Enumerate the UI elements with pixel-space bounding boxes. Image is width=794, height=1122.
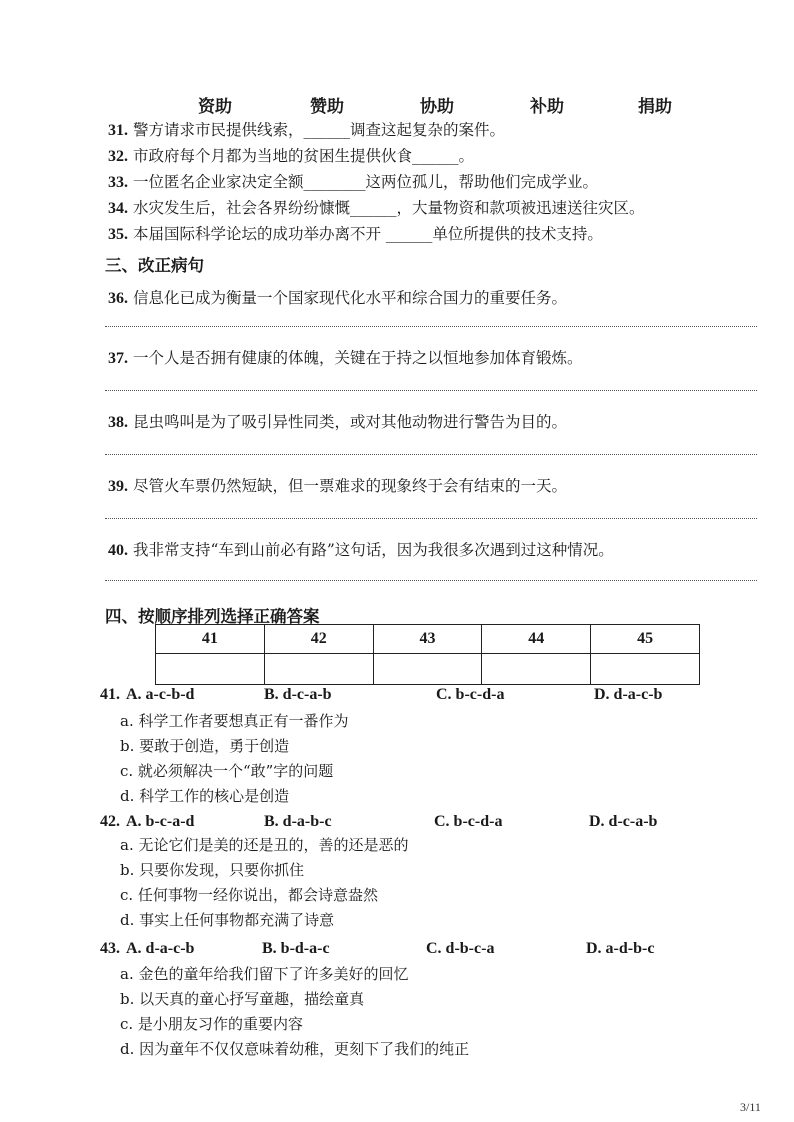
sentence-item: a. 科学工作者要想真正有一番作为: [120, 710, 348, 731]
question-text: 一个人是否拥有健康的体魄，关键在于持之以恒地参加体育锻炼。: [133, 349, 583, 367]
answer-table-header-cell: 45: [591, 625, 700, 654]
answer-table-header-cell: 43: [373, 625, 482, 654]
option-d[interactable]: D. d-a-c-b: [594, 686, 662, 704]
question-text: 警方请求市民提供线索，______调查这起复杂的案件。: [133, 121, 505, 139]
sentence-item: c. 是小朋友习作的重要内容: [120, 1013, 303, 1034]
question-number: 40.: [108, 542, 128, 559]
answer-line-39[interactable]: [105, 518, 757, 519]
question-text: 尽管火车票仍然短缺，但一票难求的现象终于会有结束的一天。: [133, 477, 567, 495]
sentence-item: c. 就必须解决一个“敢”字的问题: [120, 760, 333, 781]
option-d[interactable]: D. a-d-b-c: [586, 940, 654, 958]
question-number: 35.: [108, 226, 128, 243]
answer-table-header-cell: 41: [156, 625, 265, 654]
question-text: 一位匿名企业家决定全额________这两位孤儿，帮助他们完成学业。: [133, 173, 598, 191]
sentence-item: c. 任何事物一经你说出，都会诗意盎然: [120, 884, 378, 905]
option-b[interactable]: B. d-a-b-c: [264, 813, 332, 831]
question-41-options: 41. A. a-c-b-d B. d-c-a-b C. b-c-d-a D. …: [100, 686, 740, 708]
answer-table-header-cell: 42: [264, 625, 373, 654]
answer-line-37[interactable]: [105, 390, 757, 391]
question-33: 33. 一位匿名企业家决定全额________这两位孤儿，帮助他们完成学业。: [108, 170, 598, 192]
sentence-item: b. 要敢于创造，勇于创造: [120, 735, 289, 756]
question-text: 本届国际科学论坛的成功举办离不开 ______单位所提供的技术支持。: [133, 225, 603, 243]
option-c[interactable]: C. b-c-d-a: [436, 686, 504, 704]
option-c[interactable]: C. d-b-c-a: [426, 940, 494, 958]
answer-line-36[interactable]: [105, 326, 757, 327]
option-a[interactable]: A. d-a-c-b: [126, 940, 194, 958]
answer-cell-45[interactable]: [591, 654, 700, 685]
question-number: 31.: [108, 122, 128, 139]
question-text: 我非常支持“车到山前必有路”这句话，因为我很多次遇到过这种情况。: [133, 541, 614, 559]
answer-table-header: 41 42 43 44 45: [156, 625, 700, 654]
word-bank-item: 捐助: [638, 92, 672, 117]
question-number: 41.: [100, 686, 120, 704]
question-text: 昆虫鸣叫是为了吸引异性同类，或对其他动物进行警告为目的。: [133, 413, 567, 431]
question-number: 34.: [108, 200, 128, 217]
answer-cell-44[interactable]: [482, 654, 591, 685]
question-number: 37.: [108, 350, 128, 367]
option-a[interactable]: A. b-c-a-d: [126, 813, 194, 831]
question-text: 水灾发生后，社会各界纷纷慷慨______，大量物资和款项被迅速送往灾区。: [133, 199, 645, 217]
question-38: 38. 昆虫鸣叫是为了吸引异性同类，或对其他动物进行警告为目的。: [108, 410, 567, 432]
question-39: 39. 尽管火车票仍然短缺，但一票难求的现象终于会有结束的一天。: [108, 474, 567, 496]
page-number: 3/11: [740, 1100, 761, 1115]
question-43-options: 43. A. d-a-c-b B. b-d-a-c C. d-b-c-a D. …: [100, 940, 740, 962]
answer-cell-42[interactable]: [264, 654, 373, 685]
word-bank-item: 资助: [198, 92, 232, 117]
sentence-item: a. 金色的童年给我们留下了许多美好的回忆: [120, 963, 408, 984]
question-number: 43.: [100, 940, 120, 958]
option-d[interactable]: D. d-c-a-b: [589, 813, 657, 831]
option-c[interactable]: C. b-c-d-a: [434, 813, 502, 831]
word-bank-item: 补助: [530, 92, 564, 117]
sentence-item: a. 无论它们是美的还是丑的，善的还是恶的: [120, 834, 408, 855]
word-bank-item: 协助: [420, 92, 454, 117]
answer-cell-43[interactable]: [373, 654, 482, 685]
answer-line-40[interactable]: [105, 580, 757, 581]
question-37: 37. 一个人是否拥有健康的体魄，关键在于持之以恒地参加体育锻炼。: [108, 346, 582, 368]
answer-table-row: [156, 654, 700, 685]
sentence-item: d. 因为童年不仅仅意味着幼稚，更刻下了我们的纯正: [120, 1038, 469, 1059]
question-40: 40. 我非常支持“车到山前必有路”这句话，因为我很多次遇到过这种情况。: [108, 538, 614, 560]
question-number: 42.: [100, 813, 120, 831]
question-36: 36. 信息化已成为衡量一个国家现代化水平和综合国力的重要任务。: [108, 286, 567, 308]
word-bank: 资助 赞助 协助 补助 捐助: [0, 92, 794, 116]
sentence-item: b. 只要你发现，只要你抓住: [120, 859, 304, 880]
answer-table: 41 42 43 44 45: [155, 624, 700, 685]
option-a[interactable]: A. a-c-b-d: [126, 686, 194, 704]
question-34: 34. 水灾发生后，社会各界纷纷慷慨______，大量物资和款项被迅速送往灾区。: [108, 196, 644, 218]
question-32: 32. 市政府每个月都为当地的贫困生提供伙食______。: [108, 144, 474, 166]
question-number: 36.: [108, 290, 128, 307]
answer-line-38[interactable]: [105, 454, 757, 455]
answer-table-header-cell: 44: [482, 625, 591, 654]
question-number: 39.: [108, 478, 128, 495]
question-42-options: 42. A. b-c-a-d B. d-a-b-c C. b-c-d-a D. …: [100, 813, 740, 835]
question-number: 33.: [108, 174, 128, 191]
option-b[interactable]: B. d-c-a-b: [264, 686, 332, 704]
question-31: 31. 警方请求市民提供线索，______调查这起复杂的案件。: [108, 118, 505, 140]
question-number: 38.: [108, 414, 128, 431]
question-text: 信息化已成为衡量一个国家现代化水平和综合国力的重要任务。: [133, 289, 567, 307]
option-b[interactable]: B. b-d-a-c: [262, 940, 330, 958]
question-35: 35. 本届国际科学论坛的成功举办离不开 ______单位所提供的技术支持。: [108, 222, 603, 244]
answer-cell-41[interactable]: [156, 654, 265, 685]
exam-page: 资助 赞助 协助 补助 捐助 31. 警方请求市民提供线索，______调查这起…: [0, 0, 794, 1122]
sentence-item: b. 以天真的童心抒写童趣，描绘童真: [120, 988, 364, 1009]
word-bank-item: 赞助: [310, 92, 344, 117]
sentence-item: d. 科学工作的核心是创造: [120, 785, 289, 806]
sentence-item: d. 事实上任何事物都充满了诗意: [120, 909, 334, 930]
question-text: 市政府每个月都为当地的贫困生提供伙食______。: [133, 147, 474, 165]
question-number: 32.: [108, 148, 128, 165]
section-3-title: 三、改正病句: [105, 252, 204, 276]
